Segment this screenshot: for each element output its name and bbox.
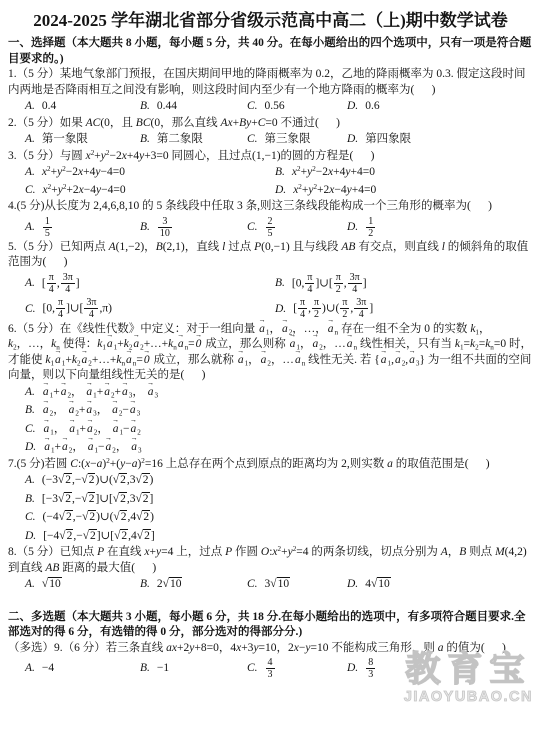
option-label: A. [25,133,35,145]
section-header: 二、多选题（本大题共 3 小题，每小题 6 分，共 18 分.在每小题给出的选项… [8,610,533,641]
option-A: A.→a1+→a2， →a1+→a2+→a3， →a3 [25,385,533,401]
option-B: B.2√10 [140,577,247,593]
option-label: D. [347,100,358,112]
option-C: C.(−4√2,−√2)∪(√2,4√2) [25,510,533,526]
option-A: A.15 [25,216,140,239]
option-label: B. [140,133,150,145]
option-C: C.0.56 [247,99,347,115]
option-B: B.第二象限 [140,132,247,148]
option-label: D. [347,662,358,674]
option-B: B.310 [140,216,247,239]
question-text: 4.(5 分)从长度为 2,4,6,8,10 的 5 条线段中任取 3 条,则这… [8,199,533,215]
option-label: D. [347,578,358,590]
option-A: A.第一象限 [25,132,140,148]
options-row: A.15B.310C.25D.12 [8,216,533,239]
option-label: A. [25,578,35,590]
option-label: D. [275,184,286,196]
option-D: D.4√10 [347,577,533,593]
option-label: B. [140,221,150,233]
option-B: B.0.44 [140,99,247,115]
exam-body: 一、选择题（本大题共 8 小题，每小题 5 分，共 40 分。在每小题给出的四个… [8,36,533,681]
option-label: C. [25,184,36,196]
option-C: C.3√10 [247,577,347,593]
option-D: D.0.6 [347,99,533,115]
option-label: A. [25,662,35,674]
options-row: A.→a1+→a2， →a1+→a2+→a3， →a3B.→a2， →a2+→a… [8,385,533,456]
options-row: A.√10B.2√10C.3√10D.4√10 [8,577,533,593]
option-C: C.43 [247,657,347,680]
option-label: C. [247,662,258,674]
option-label: C. [247,133,258,145]
exam-paper: 2024-2025 学年湖北省部分省级示范高中高二（上)期中数学试卷 一、选择题… [0,0,541,681]
option-label: C. [25,423,36,435]
option-label: C. [25,511,36,523]
option-label: B. [25,493,35,505]
option-label: D. [347,133,358,145]
option-D: D.[π4,π2)∪(π2,3π4] [275,297,533,320]
option-B: B.x2+y2−2x+4y+4=0 [275,165,533,181]
spacer [8,594,533,610]
option-C: C.第三象限 [247,132,347,148]
options-row: A.−4B.−1C.43D.83 [8,657,533,680]
option-label: A. [25,474,35,486]
option-C: C.[0,π4]∪[3π4,π) [25,297,275,320]
options-row: A.(−3√2,−√2)∪(√2,3√2)B.[−3√2,−√2]∪[√2,3√… [8,473,533,544]
option-A: A.[π4,3π4] [25,272,275,295]
option-label: D. [25,441,36,453]
option-B: B.→a2， →a2+→a3， →a2−→a3 [25,403,533,419]
option-label: D. [347,221,358,233]
option-A: A.(−3√2,−√2)∪(√2,3√2) [25,473,533,489]
option-D: D.[−4√2,−√2]∪[√2,4√2] [25,529,533,545]
option-label: A. [25,221,35,233]
option-B: B.[−3√2,−√2]∪[√2,3√2] [25,492,533,508]
options-row: A.第一象限B.第二象限C.第三象限D.第四象限 [8,132,533,148]
option-label: C. [247,221,258,233]
option-A: A.−4 [25,661,140,677]
section-header: 一、选择题（本大题共 8 小题，每小题 5 分，共 40 分。在每小题给出的四个… [8,36,533,67]
option-D: D.第四象限 [347,132,533,148]
option-label: A. [25,166,35,178]
options-row: A.[π4,3π4]B.[0,π4]∪[π2,3π4]C.[0,π4]∪[3π4… [8,272,533,321]
option-label: B. [275,166,285,178]
option-D: D.x2+y2+2x−4y+4=0 [275,183,533,199]
option-B: B.[0,π4]∪[π2,3π4] [275,272,533,295]
question-text: 6.（5 分）在《线性代数》中定义：对于一组向量 →a1，→a2，…，→an 存… [8,322,533,384]
option-label: C. [25,303,36,315]
option-D: D.83 [347,657,533,680]
option-label: B. [25,404,35,416]
option-label: B. [140,578,150,590]
options-row: A.0.4B.0.44C.0.56D.0.6 [8,99,533,115]
watermark-domain: JIAOYUBAO.CN [404,690,533,706]
option-D: D.→a1+→a2， →a1−→a2， →a3 [25,440,533,456]
question-text: 5.（5 分）已知两点 A(1,−2)，B(2,1)，直线 l 过点 P(0,−… [8,240,533,271]
question-text: 2.（5 分）如果 AC(0，且 BC(0，那么直线 Ax+By+C=0 不通过… [8,116,533,132]
option-label: A. [25,277,35,289]
question-text: 7.(5 分)若圆 C:(x−a)2+(y−a)2=16 上总存在两个点到原点的… [8,457,533,473]
option-D: D.12 [347,216,533,239]
option-B: B.−1 [140,661,247,677]
option-label: C. [247,100,258,112]
option-label: D. [275,303,286,315]
option-C: C.25 [247,216,347,239]
option-C: C.x2+y2+2x−4y−4=0 [25,183,275,199]
option-A: A.√10 [25,577,140,593]
exam-page: { "page": { "title": "2024-2025 学年湖北省部分省… [0,0,541,733]
option-label: D. [25,530,36,542]
option-label: B. [140,662,150,674]
question-text: 3.（5 分）与圆 x2+y2−2x+4y+3=0 同圆心，且过点(1,−1)的… [8,149,533,165]
option-A: A.x2+y2−2x+4y−4=0 [25,165,275,181]
options-row: A.x2+y2−2x+4y−4=0B.x2+y2−2x+4y+4=0C.x2+y… [8,165,533,198]
option-label: B. [275,277,285,289]
option-label: B. [140,100,150,112]
question-text: 1.（5 分）某地气象部门预报，在国庆期间甲地的降雨概率为 0.2，乙地的降雨概… [8,67,533,98]
page-title: 2024-2025 学年湖北省部分省级示范高中高二（上)期中数学试卷 [8,9,533,33]
option-label: A. [25,100,35,112]
question-text: （多选）9.（6 分）若三条直线 ax+2y+8=0，4x+3y=10，2x−y… [8,641,533,657]
option-label: C. [247,578,258,590]
option-A: A.0.4 [25,99,140,115]
option-C: C.→a1， →a1+→a2， →a1−→a2 [25,422,533,438]
question-text: 8.（5 分）已知点 P 在直线 x+y=4 上，过点 P 作圆 O:x2+y2… [8,545,533,576]
option-label: A. [25,386,35,398]
